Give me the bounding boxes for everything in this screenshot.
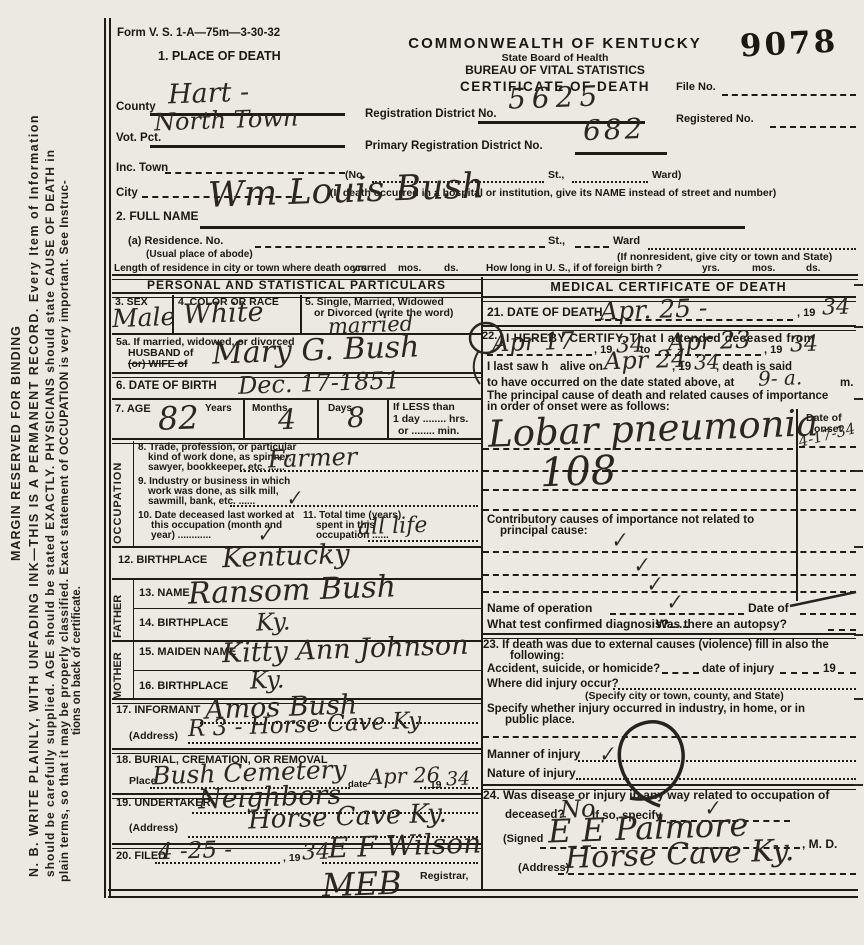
burial-date-label: date — [348, 780, 368, 790]
st-label: St., — [548, 170, 564, 181]
contributory-checkmark-1: ✓ — [608, 527, 629, 554]
primary-district-line — [575, 152, 667, 155]
to-year-prefix: , 19 — [764, 345, 782, 357]
signed-label: (Signed — [503, 834, 543, 846]
injury-date-label: date of injury — [702, 663, 774, 675]
onset-tail-stroke — [790, 592, 856, 606]
edge-tick — [854, 546, 863, 548]
bottom-rule-1 — [108, 889, 858, 891]
sex-value: Male — [112, 304, 176, 331]
father-side-label: FATHER — [113, 582, 124, 638]
less-than-label-3: or ........ min. — [398, 426, 459, 437]
specify-city-note: (Specify city or town, county, and State… — [585, 691, 784, 702]
abode-note: (Usual place of abode) — [146, 250, 253, 261]
full-name-line — [200, 226, 745, 229]
residence-line — [255, 246, 545, 248]
residence-st-label: St., — [548, 236, 565, 248]
burial-year-prefix: , 19 — [424, 780, 442, 791]
residence-label: (a) Residence. No. — [128, 236, 223, 248]
margin-nb-line1: N. B. WRITE PLAINLY, WITH UNFADING INK—T… — [28, 22, 41, 877]
edge-tick — [854, 470, 863, 472]
last-saw-label-2: alive on — [560, 361, 603, 373]
filed-year-prefix: , 19 — [283, 853, 301, 864]
cause-line-3 — [483, 489, 856, 491]
row13-rule — [133, 608, 481, 609]
md-label: , M. D. — [802, 838, 837, 851]
trade-value: Farmer — [268, 444, 358, 471]
registrar-signature: E F Wilson — [328, 829, 482, 862]
edge-tick — [854, 326, 863, 328]
manner-line — [578, 760, 856, 762]
operation-date-line — [800, 613, 856, 615]
residence-ward-line — [648, 248, 856, 250]
external-causes-label-2: following: — [510, 650, 564, 662]
autopsy-line — [828, 629, 856, 631]
commonwealth-title: COMMONWEALTH OF KENTUCKY — [360, 36, 750, 52]
residence-ward-label: Ward — [613, 236, 640, 248]
edge-tick — [854, 398, 863, 400]
cause-line-2 — [483, 470, 856, 472]
operation-date-label: Date of — [748, 602, 789, 615]
dob-value: Dec. 17-1851 — [238, 368, 401, 398]
margin-nb-line4: tions on back of certificate. — [72, 595, 84, 735]
father-birthplace-value: Ky. — [256, 609, 291, 634]
margin-nb-line3: plain terms, so that it may be properly … — [58, 22, 70, 882]
industry-checkmark: ✓ — [283, 485, 304, 512]
years-label: Years — [205, 404, 232, 415]
father-name-value: Ransom Bush — [188, 572, 397, 609]
informant-address-label: (Address) — [129, 731, 178, 742]
less-than-label-2: 1 day ........ hrs. — [393, 414, 468, 425]
death-certificate-scan: MARGIN RESERVED FOR BINDING N. B. WRITE … — [0, 0, 864, 945]
last-worked-label-3: year) ............ — [151, 531, 211, 542]
form-border-left-inner — [109, 18, 111, 898]
age-cell-divider-1 — [243, 398, 245, 438]
reg-district-label: Registration District No. — [365, 108, 497, 120]
burial-date-leader — [420, 787, 478, 789]
birthplace-label: 12. BIRTHPLACE — [118, 555, 207, 567]
injury-year-line — [838, 672, 856, 674]
mother-name-value: Kitty Ann Johnson — [222, 632, 469, 668]
injury-date-line — [780, 672, 819, 674]
vot-pct-value: North Town — [154, 105, 299, 134]
operation-checkmark: ✓ — [663, 589, 684, 616]
age-years-value: 82 — [157, 401, 199, 434]
primary-district-value: 682 — [583, 115, 646, 145]
primary-district-label: Primary Registration District No. — [365, 140, 543, 152]
manner-of-injury-label: Manner of injury — [487, 748, 580, 761]
age-months-value: 4 — [278, 406, 297, 435]
operation-line — [610, 613, 744, 615]
trade-label-3: sawyer, bookkeeper, etc. ...... — [148, 463, 285, 474]
color-race-value: White — [183, 299, 265, 329]
mother-side-label: MOTHER — [113, 644, 124, 700]
accident-line — [662, 672, 699, 674]
occupation-question-label: 24. Was disease or injury in any way rel… — [483, 789, 829, 802]
full-name-label: 2. FULL NAME — [116, 210, 198, 223]
physician-address-value: Horse Cave Ky. — [565, 836, 795, 874]
occurred-label: to have occurred on the date stated abov… — [487, 377, 734, 389]
attended-from-value: Apr 17 — [492, 329, 575, 356]
mother-birthplace-label: 16. BIRTHPLACE — [139, 681, 228, 693]
county-label: County — [116, 101, 156, 113]
accident-label: Accident, suicide, or homicide? — [487, 663, 660, 675]
age-days-value: 8 — [347, 404, 366, 433]
ward-label: Ward) — [652, 170, 681, 181]
paren-scribble — [474, 352, 480, 384]
nature-line — [576, 778, 856, 780]
industry-leader — [230, 505, 478, 507]
contributory-line-2 — [483, 574, 856, 576]
birthplace-value: Kentucky — [222, 541, 351, 572]
attended-from-line — [487, 354, 592, 356]
informant-address-leader — [188, 742, 478, 744]
physician-address-line — [558, 873, 856, 875]
edge-tick — [854, 698, 863, 700]
where-injury-label: Where did injury occur? — [487, 678, 619, 690]
less-than-label-1: If LESS than — [393, 402, 455, 413]
full-name-value: Wm Louis Bush — [207, 169, 484, 214]
file-no-line — [722, 94, 856, 96]
injury-blank-line — [483, 736, 856, 738]
registered-no-line — [770, 126, 856, 128]
row15-rule — [133, 670, 481, 671]
contributory-checkmark-3: ✓ — [643, 571, 664, 598]
trade-leader — [240, 470, 478, 472]
spouse-label-3: (or) WIFE of — [128, 359, 187, 370]
margin-binding-note: MARGIN RESERVED FOR BINDING — [10, 303, 23, 561]
place-of-death-heading: 1. PLACE OF DEATH — [158, 50, 281, 64]
vot-pct-line — [150, 145, 345, 148]
residence-st-line — [575, 246, 609, 248]
registrar-label: Registrar, — [420, 871, 468, 882]
bureau-subtitle: BUREAU OF VITAL STATISTICS — [360, 64, 750, 77]
reg-district-value: 5625 — [508, 82, 604, 113]
city-label: City — [116, 187, 138, 199]
inc-town-label: Inc. Town — [116, 162, 168, 174]
informant-address-value: R 3 - Horse Cave Ky — [188, 710, 422, 741]
occupation-side-label: OCCUPATION — [113, 442, 124, 544]
undertaker-address-label: (Address) — [129, 823, 178, 834]
time-of-death-value: 9- a. — [758, 367, 803, 389]
undertaker-label: 19. UNDERTAKER — [116, 798, 211, 810]
bottom-rule-2 — [108, 896, 858, 898]
contributory-label-2: principal cause: — [500, 525, 588, 537]
spouse-value: Mary G. Bush — [212, 332, 420, 369]
date-of-death-label: 21. DATE OF DEATH — [487, 306, 603, 319]
injury-19-label: 19 — [823, 663, 836, 675]
cause-code-value: 108 — [539, 451, 617, 494]
m-label: m. — [840, 377, 853, 389]
contributory-line-1 — [483, 551, 856, 553]
edge-tick — [854, 784, 863, 786]
age-cell-divider-3 — [387, 398, 389, 438]
edge-tick — [854, 284, 863, 286]
total-time-leader — [368, 540, 478, 542]
age-cell-divider-2 — [317, 398, 319, 438]
to-year-value: 34 — [790, 334, 819, 357]
nonresident-note: (If nonresident, give city or town and S… — [617, 252, 832, 263]
cause-of-death-value: Lobar pneumonia — [487, 404, 818, 453]
race-cell-divider — [300, 295, 302, 333]
operation-label: Name of operation — [487, 602, 592, 615]
personal-title: PERSONAL AND STATISTICAL PARTICULARS — [112, 279, 481, 292]
nature-of-injury-label: Nature of injury — [487, 767, 576, 780]
last-saw-year-prefix: , 19 — [672, 361, 691, 373]
age-label: 7. AGE — [115, 404, 151, 416]
form-number: Form V. S. 1-A—75m—3-30-32 — [117, 27, 280, 39]
specify-where-label-2: public place. — [505, 714, 575, 726]
autopsy-label: Was there an autopsy? — [656, 618, 787, 631]
dod-year-value: 34 — [822, 297, 851, 320]
filed-date-leader — [155, 862, 280, 864]
father-name-label: 13. NAME — [139, 588, 190, 600]
edge-tick — [854, 634, 863, 636]
father-birthplace-label: 14. BIRTHPLACE — [139, 618, 228, 630]
cause-line-4 — [483, 509, 856, 511]
filed-date-value: 4 -25 - — [158, 839, 233, 865]
manner-checkmark: ✓ — [596, 741, 617, 768]
margin-nb-line2: should be carefully supplied. AGE should… — [44, 22, 56, 877]
last-saw-label-1: I last saw h — [487, 361, 548, 373]
total-time-value: all life — [358, 515, 428, 539]
county-value: Hart - — [168, 79, 250, 109]
father-side-divider — [133, 578, 134, 640]
stamp-number: 9078 — [739, 25, 839, 64]
dob-label: 6. DATE OF BIRTH — [116, 380, 217, 392]
medical-title: MEDICAL CERTIFICATE OF DEATH — [481, 281, 856, 295]
date-of-death-line — [595, 319, 793, 321]
file-no-label: File No. — [676, 82, 716, 94]
st-line — [572, 181, 648, 183]
registered-no-label: Registered No. — [676, 114, 754, 126]
form-border-left-outer — [104, 18, 106, 898]
onset-line-1 — [799, 446, 856, 448]
cause-line-1 — [483, 448, 793, 450]
occupation-side-divider — [133, 441, 134, 546]
mother-birthplace-value: Ky. — [250, 667, 285, 692]
dod-year-prefix: , 19 — [797, 308, 815, 320]
